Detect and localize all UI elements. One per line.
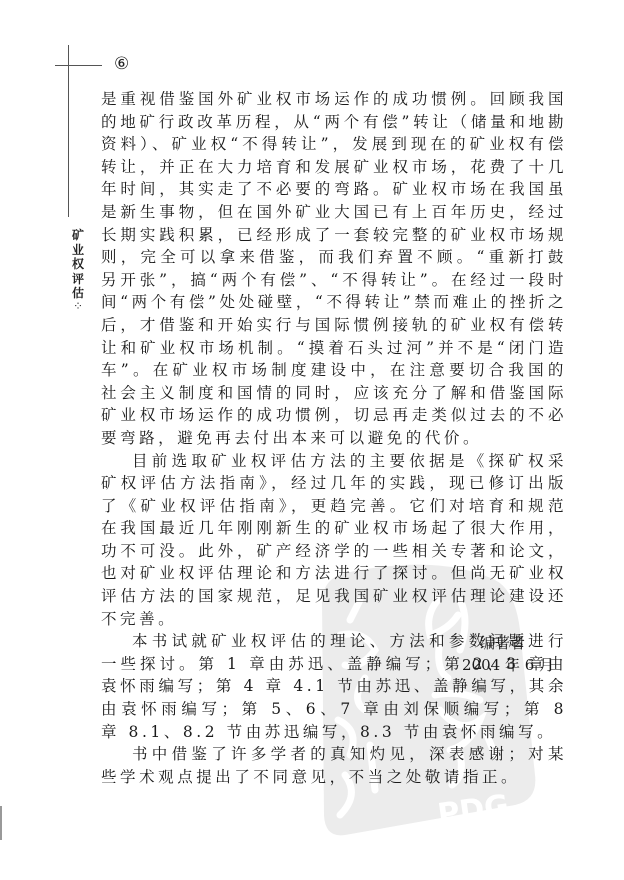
ornament-icon: ⁘: [71, 300, 85, 312]
paragraph-4: 书中借鉴了许多学者的真知灼见，深表感谢；对某些学术观点提出了不同意见，不当之处敬…: [101, 743, 567, 788]
svg-text:PDG: PDG: [435, 788, 511, 833]
signature-block: 编著者 2004 年 6 月: [462, 632, 572, 676]
running-title-vertical: 矿业权评估: [71, 228, 85, 301]
signature-date: 2004 年 6 月: [462, 654, 572, 676]
margin-vertical-rule: [68, 45, 69, 217]
scan-edge-mark: [0, 806, 2, 840]
signature-author: 编著者: [462, 632, 572, 654]
paragraph-1: 是重视借鉴国外矿业权市场运作的成功惯例。回顾我国的地矿行政改革历程，从“两个有偿…: [101, 88, 567, 450]
preface-body: 是重视借鉴国外矿业权市场运作的成功惯例。回顾我国的地矿行政改革历程，从“两个有偿…: [101, 88, 567, 788]
page-number: ⑥: [114, 54, 129, 74]
header-horizontal-rule: [55, 65, 102, 66]
paragraph-2: 目前选取矿业权评估方法的主要依据是《探矿权采矿权评估方法指南》，经过几年的实践，…: [101, 450, 567, 631]
